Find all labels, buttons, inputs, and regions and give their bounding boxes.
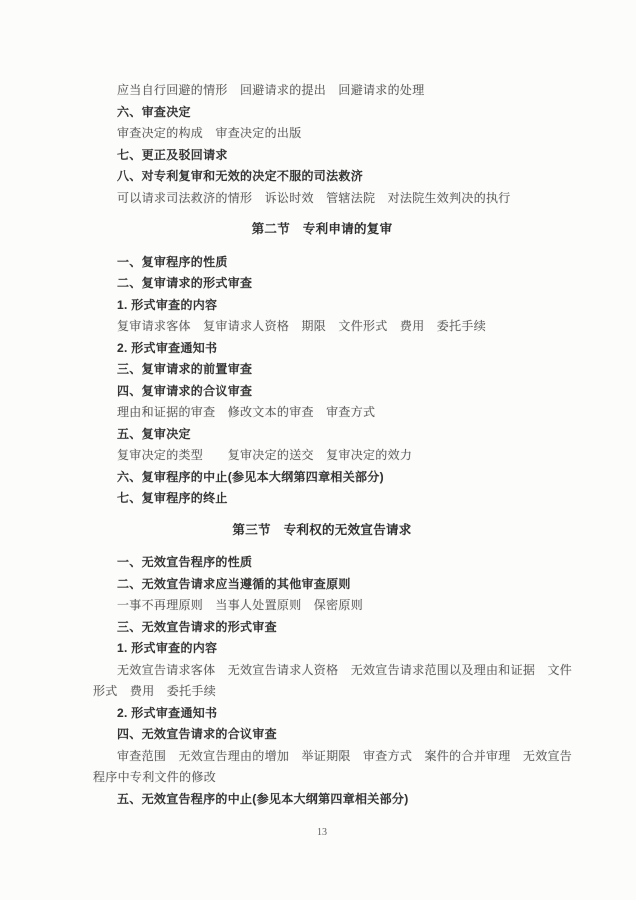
outline-item: 二、无效宣告请求应当遵循的其他审查原则 xyxy=(93,574,551,596)
page-number: 13 xyxy=(93,826,551,840)
outline-subitem: 2. 形式审查通知书 xyxy=(93,703,551,725)
outline-subitem: 1. 形式审查的内容 xyxy=(93,295,551,317)
outline-item: 四、无效宣告请求的合议审查 xyxy=(93,724,551,746)
outline-item: 五、无效宣告程序的中止(参见本大纲第四章相关部分) xyxy=(93,789,551,811)
outline-item: 七、复审程序的终止 xyxy=(93,488,551,510)
outline-item: 一、无效宣告程序的性质 xyxy=(93,552,551,574)
outline-detail: 应当自行回避的情形 回避请求的提出 回避请求的处理 xyxy=(93,80,551,102)
outline-detail-continuation: 程序中专利文件的修改 xyxy=(93,767,551,789)
outline-item: 三、复审请求的前置审查 xyxy=(93,359,551,381)
outline-item: 七、更正及驳回请求 xyxy=(93,145,551,167)
outline-item: 八、对专利复审和无效的决定不服的司法救济 xyxy=(93,166,551,188)
outline-detail: 无效宣告请求客体 无效宣告请求人资格 无效宣告请求范围以及理由和证据 文件 xyxy=(93,660,551,682)
outline-subitem: 2. 形式审查通知书 xyxy=(93,338,551,360)
outline-detail: 审查决定的构成 审查决定的出版 xyxy=(93,123,551,145)
outline-item: 六、复审程序的中止(参见本大纲第四章相关部分) xyxy=(93,467,551,489)
outline-subitem: 1. 形式审查的内容 xyxy=(93,638,551,660)
outline-detail: 复审决定的类型 复审决定的送交 复审决定的效力 xyxy=(93,445,551,467)
outline-item: 四、复审请求的合议审查 xyxy=(93,381,551,403)
outline-item: 一、复审程序的性质 xyxy=(93,252,551,274)
outline-item: 五、复审决定 xyxy=(93,424,551,446)
outline-detail: 可以请求司法救济的情形 诉讼时效 管辖法院 对法院生效判决的执行 xyxy=(93,188,551,210)
outline-detail: 审查范围 无效宣告理由的增加 举证期限 审查方式 案件的合并审理 无效宣告 xyxy=(93,746,551,768)
outline-detail: 复审请求客体 复审请求人资格 期限 文件形式 费用 委托手续 xyxy=(93,316,551,338)
outline-item: 六、审查决定 xyxy=(93,102,551,124)
outline-detail: 理由和证据的审查 修改文本的审查 审查方式 xyxy=(93,402,551,424)
document-page: 应当自行回避的情形 回避请求的提出 回避请求的处理 六、审查决定 审查决定的构成… xyxy=(0,0,636,900)
section-heading: 第二节 专利申请的复审 xyxy=(93,219,551,241)
section-heading: 第三节 专利权的无效宣告请求 xyxy=(93,520,551,542)
outline-item: 三、无效宣告请求的形式审查 xyxy=(93,617,551,639)
outline-detail-continuation: 形式 费用 委托手续 xyxy=(93,681,551,703)
outline-detail: 一事不再理原则 当事人处置原则 保密原则 xyxy=(93,595,551,617)
outline-item: 二、复审请求的形式审查 xyxy=(93,273,551,295)
